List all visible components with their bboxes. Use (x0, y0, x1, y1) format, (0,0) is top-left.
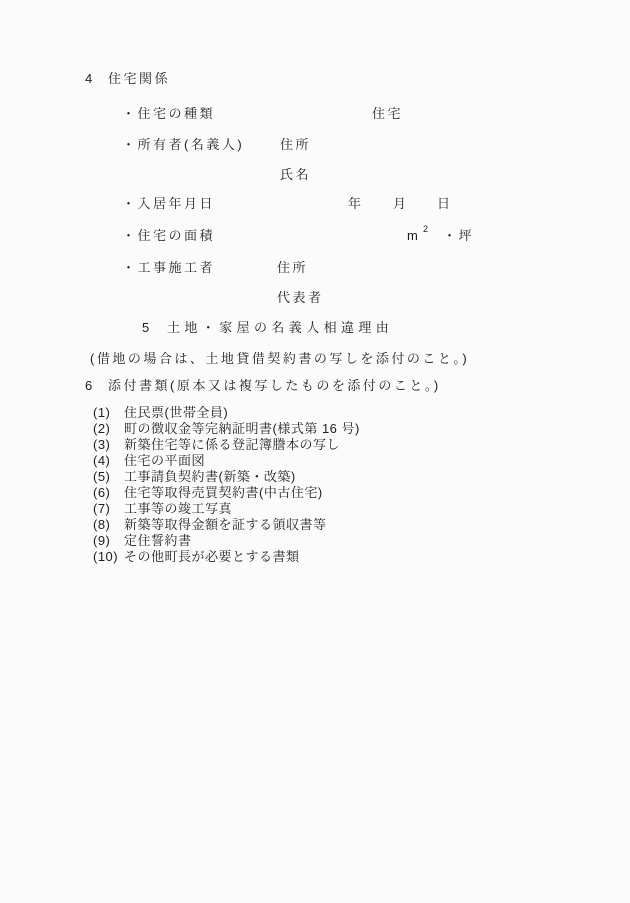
house-type-label: ・住宅の種類 (122, 106, 215, 121)
document-page: 4 住宅関係 ・住宅の種類 住宅 ・所有者(名義人) 住所 氏名 ・入居年月日 … (0, 0, 630, 903)
attachment-item-1-text: 住民票(世帯全員) (124, 405, 228, 420)
attachment-item-8-number: (8) (93, 517, 110, 532)
movein-month-unit: 月 (393, 196, 409, 211)
owner-address-label: 住所 (280, 137, 311, 152)
attachment-item-2-number: (2) (93, 421, 110, 436)
attachment-item-7-number: (7) (93, 501, 110, 516)
contractor-representative-label: 代表者 (277, 290, 324, 305)
area-unit-exponent: 2 (423, 224, 428, 234)
section6-title: 添付書類(原本又は複写したものを添付のこと。) (108, 378, 441, 393)
section4-title: 住宅関係 (108, 71, 170, 86)
attachment-item-3-number: (3) (93, 437, 110, 452)
attachment-item-6-text: 住宅等取得売買契約書(中古住宅) (124, 485, 323, 500)
attachment-item-1-number: (1) (93, 405, 110, 420)
section5-number: 5 (142, 320, 152, 335)
area-unit-m: m (407, 228, 420, 243)
attachment-item-9-text: 定住誓約書 (124, 533, 192, 548)
attachment-item-2-text: 町の徴収金等完納証明書(様式第 16 号) (124, 421, 360, 436)
section4-number: 4 (85, 71, 95, 86)
area-label: ・住宅の面積 (122, 228, 215, 243)
attachment-item-7-text: 工事等の竣工写真 (124, 501, 232, 516)
movein-label: ・入居年月日 (122, 196, 215, 211)
owner-label: ・所有者(名義人) (122, 137, 244, 152)
attachment-item-4-text: 住宅の平面図 (124, 453, 205, 468)
section6-number: 6 (85, 378, 95, 393)
contractor-label: ・工事施工者 (122, 260, 215, 275)
area-unit-tsubo: ・坪 (443, 228, 474, 243)
attachment-item-4-number: (4) (93, 453, 110, 468)
attachment-item-10-number: (10) (93, 549, 118, 564)
owner-name-label: 氏名 (280, 167, 311, 182)
section5-note: (借地の場合は、土地貸借契約書の写しを添付のこと。) (90, 351, 469, 366)
attachment-item-10-text: その他町長が必要とする書類 (124, 549, 300, 564)
attachment-item-8-text: 新築等取得金額を証する領収書等 (124, 517, 327, 532)
attachment-item-5-text: 工事請負契約書(新築・改築) (124, 469, 296, 484)
contractor-address-label: 住所 (277, 260, 308, 275)
movein-day-unit: 日 (437, 196, 453, 211)
attachment-item-9-number: (9) (93, 533, 110, 548)
attachment-item-5-number: (5) (93, 469, 110, 484)
section5-title: 土地・家屋の名義人相違理由 (167, 320, 393, 335)
movein-year-unit: 年 (348, 196, 364, 211)
attachment-item-6-number: (6) (93, 485, 110, 500)
house-type-value: 住宅 (372, 106, 403, 121)
attachment-item-3-text: 新築住宅等に係る登記簿謄本の写し (124, 437, 340, 452)
